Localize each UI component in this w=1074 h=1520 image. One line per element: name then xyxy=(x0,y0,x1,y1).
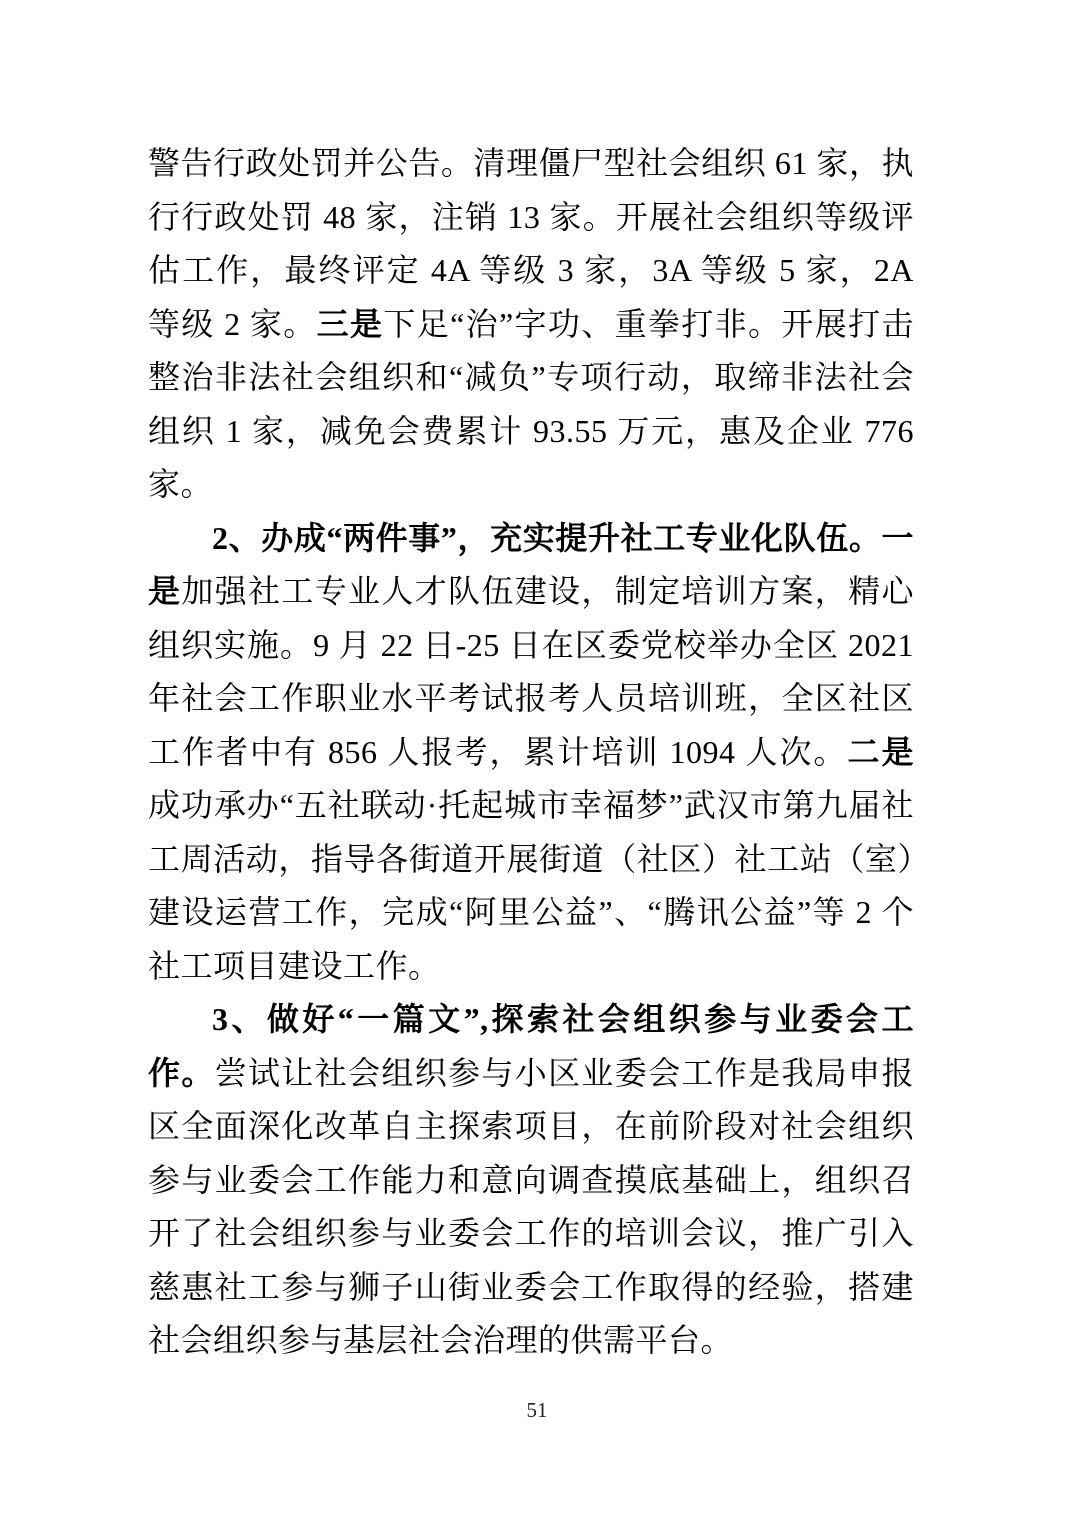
paragraph: 2、办成“两件事”，充实提升社工专业化队伍。一是加强社工专业人才队伍建设，制定培… xyxy=(148,512,914,994)
paragraph: 警告行政处罚并公告。清理僵尸型社会组织 61 家，执行行政处罚 48 家，注销 … xyxy=(148,137,914,512)
document-page: 警告行政处罚并公告。清理僵尸型社会组织 61 家，执行行政处罚 48 家，注销 … xyxy=(0,0,1074,1520)
page-number: 51 xyxy=(0,1398,1074,1423)
bold-text-segment: 三是 xyxy=(317,306,384,342)
text-segment: 尝试让社会组织参与小区业委会工作是我局申报区全面深化改革自主探索项目，在前阶段对… xyxy=(148,1055,914,1359)
text-segment: 加强社工专业人才队伍建设，制定培训方案，精心组织实施。9 月 22 日-25 日… xyxy=(148,573,914,770)
bold-text-segment: 二是 xyxy=(847,734,914,770)
paragraph: 3、做好“一篇文”,探索社会组织参与业委会工作。尝试让社会组织参与小区业委会工作… xyxy=(148,993,914,1368)
document-body: 警告行政处罚并公告。清理僵尸型社会组织 61 家，执行行政处罚 48 家，注销 … xyxy=(148,137,914,1368)
text-segment: 成功承办“五社联动·托起城市幸福梦”武汉市第九届社工周活动，指导各街道开展街道（… xyxy=(148,787,914,984)
